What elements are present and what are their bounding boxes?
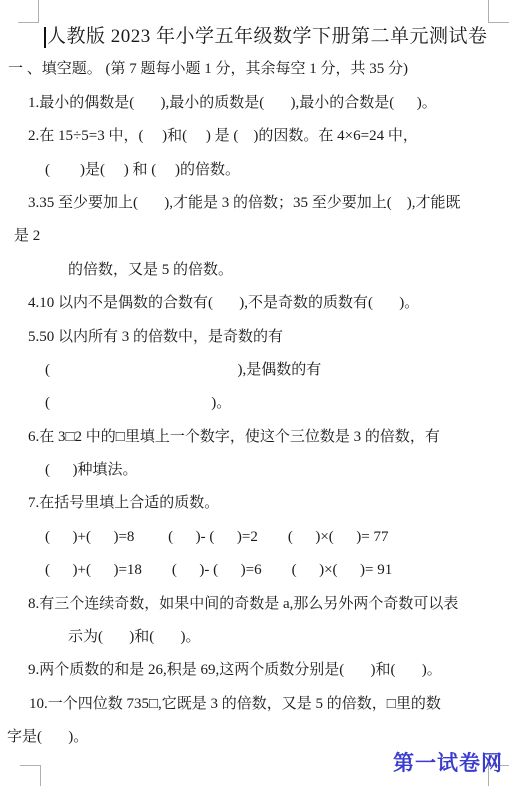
question-7-line-1[interactable]: 7.在括号里填上合适的质数。 xyxy=(0,487,520,520)
question-4-line-1[interactable]: 4.10 以内不是偶数的合数有( ),不是奇数的质数有( )。 xyxy=(0,287,520,320)
question-1-line-1[interactable]: 1.最小的偶数是( ),最小的质数是( ),最小的合数是( )。 xyxy=(0,87,520,120)
question-lines[interactable]: 1.最小的偶数是( ),最小的质数是( ),最小的合数是( )。2.在 15÷5… xyxy=(0,87,520,755)
question-3-line-3[interactable]: 的倍数，又是 5 的倍数。 xyxy=(0,254,520,287)
question-6-line-2[interactable]: ( )种填法。 xyxy=(0,454,520,487)
question-3-line-2[interactable]: 是 2 xyxy=(0,220,520,253)
document-title[interactable]: 人教版 2023 年小学五年级数学下册第二单元测试卷 xyxy=(0,20,520,53)
question-7-line-2[interactable]: ( )+( )=8 ( )- ( )=2 ( )×( )= 77 xyxy=(0,521,520,554)
question-6-line-1[interactable]: 6.在 3□2 中的□里填上一个数字，使这个三位数是 3 的倍数，有 xyxy=(0,421,520,454)
question-2-line-1[interactable]: 2.在 15÷5=3 中，( )和( ) 是 ( )的因数。在 4×6=24 中… xyxy=(0,120,520,153)
watermark: 第一试卷网 xyxy=(393,747,503,777)
text-boundary-mark-bottom-left xyxy=(20,765,41,786)
question-9-line-1[interactable]: 9.两个质数的和是 26,积是 69,这两个质数分别是( )和( )。 xyxy=(0,654,520,687)
question-5-line-3[interactable]: ( )。 xyxy=(0,387,520,420)
question-7-line-3[interactable]: ( )+( )=18 ( )- ( )=6 ( )×( )= 91 xyxy=(0,554,520,587)
document-body[interactable]: 人教版 2023 年小学五年级数学下册第二单元测试卷 一 、填空题。 (第 7 … xyxy=(0,20,520,755)
question-8-line-2[interactable]: 示为( )和( )。 xyxy=(0,621,520,654)
question-5-line-2[interactable]: ( ),是偶数的有 xyxy=(0,354,520,387)
question-2-line-2[interactable]: ( )是( ) 和 ( )的倍数。 xyxy=(0,154,520,187)
section-header[interactable]: 一 、填空题。 (第 7 题每小题 1 分，其余每空 1 分，共 35 分) xyxy=(0,53,520,86)
question-8-line-1[interactable]: 8.有三个连续奇数，如果中间的奇数是 a,那么另外两个奇数可以表 xyxy=(0,588,520,621)
document-page[interactable]: { "document": { "title": "人教版 2023 年小学五年… xyxy=(0,0,520,786)
question-3-line-1[interactable]: 3.35 至少要加上( ),才能是 3 的倍数；35 至少要加上( ),才能既 xyxy=(0,187,520,220)
question-5-line-1[interactable]: 5.50 以内所有 3 的倍数中，是奇数的有 xyxy=(0,321,520,354)
question-10-line-1[interactable]: 10.一个四位数 735□,它既是 3 的倍数，又是 5 的倍数，□里的数 xyxy=(0,688,520,721)
